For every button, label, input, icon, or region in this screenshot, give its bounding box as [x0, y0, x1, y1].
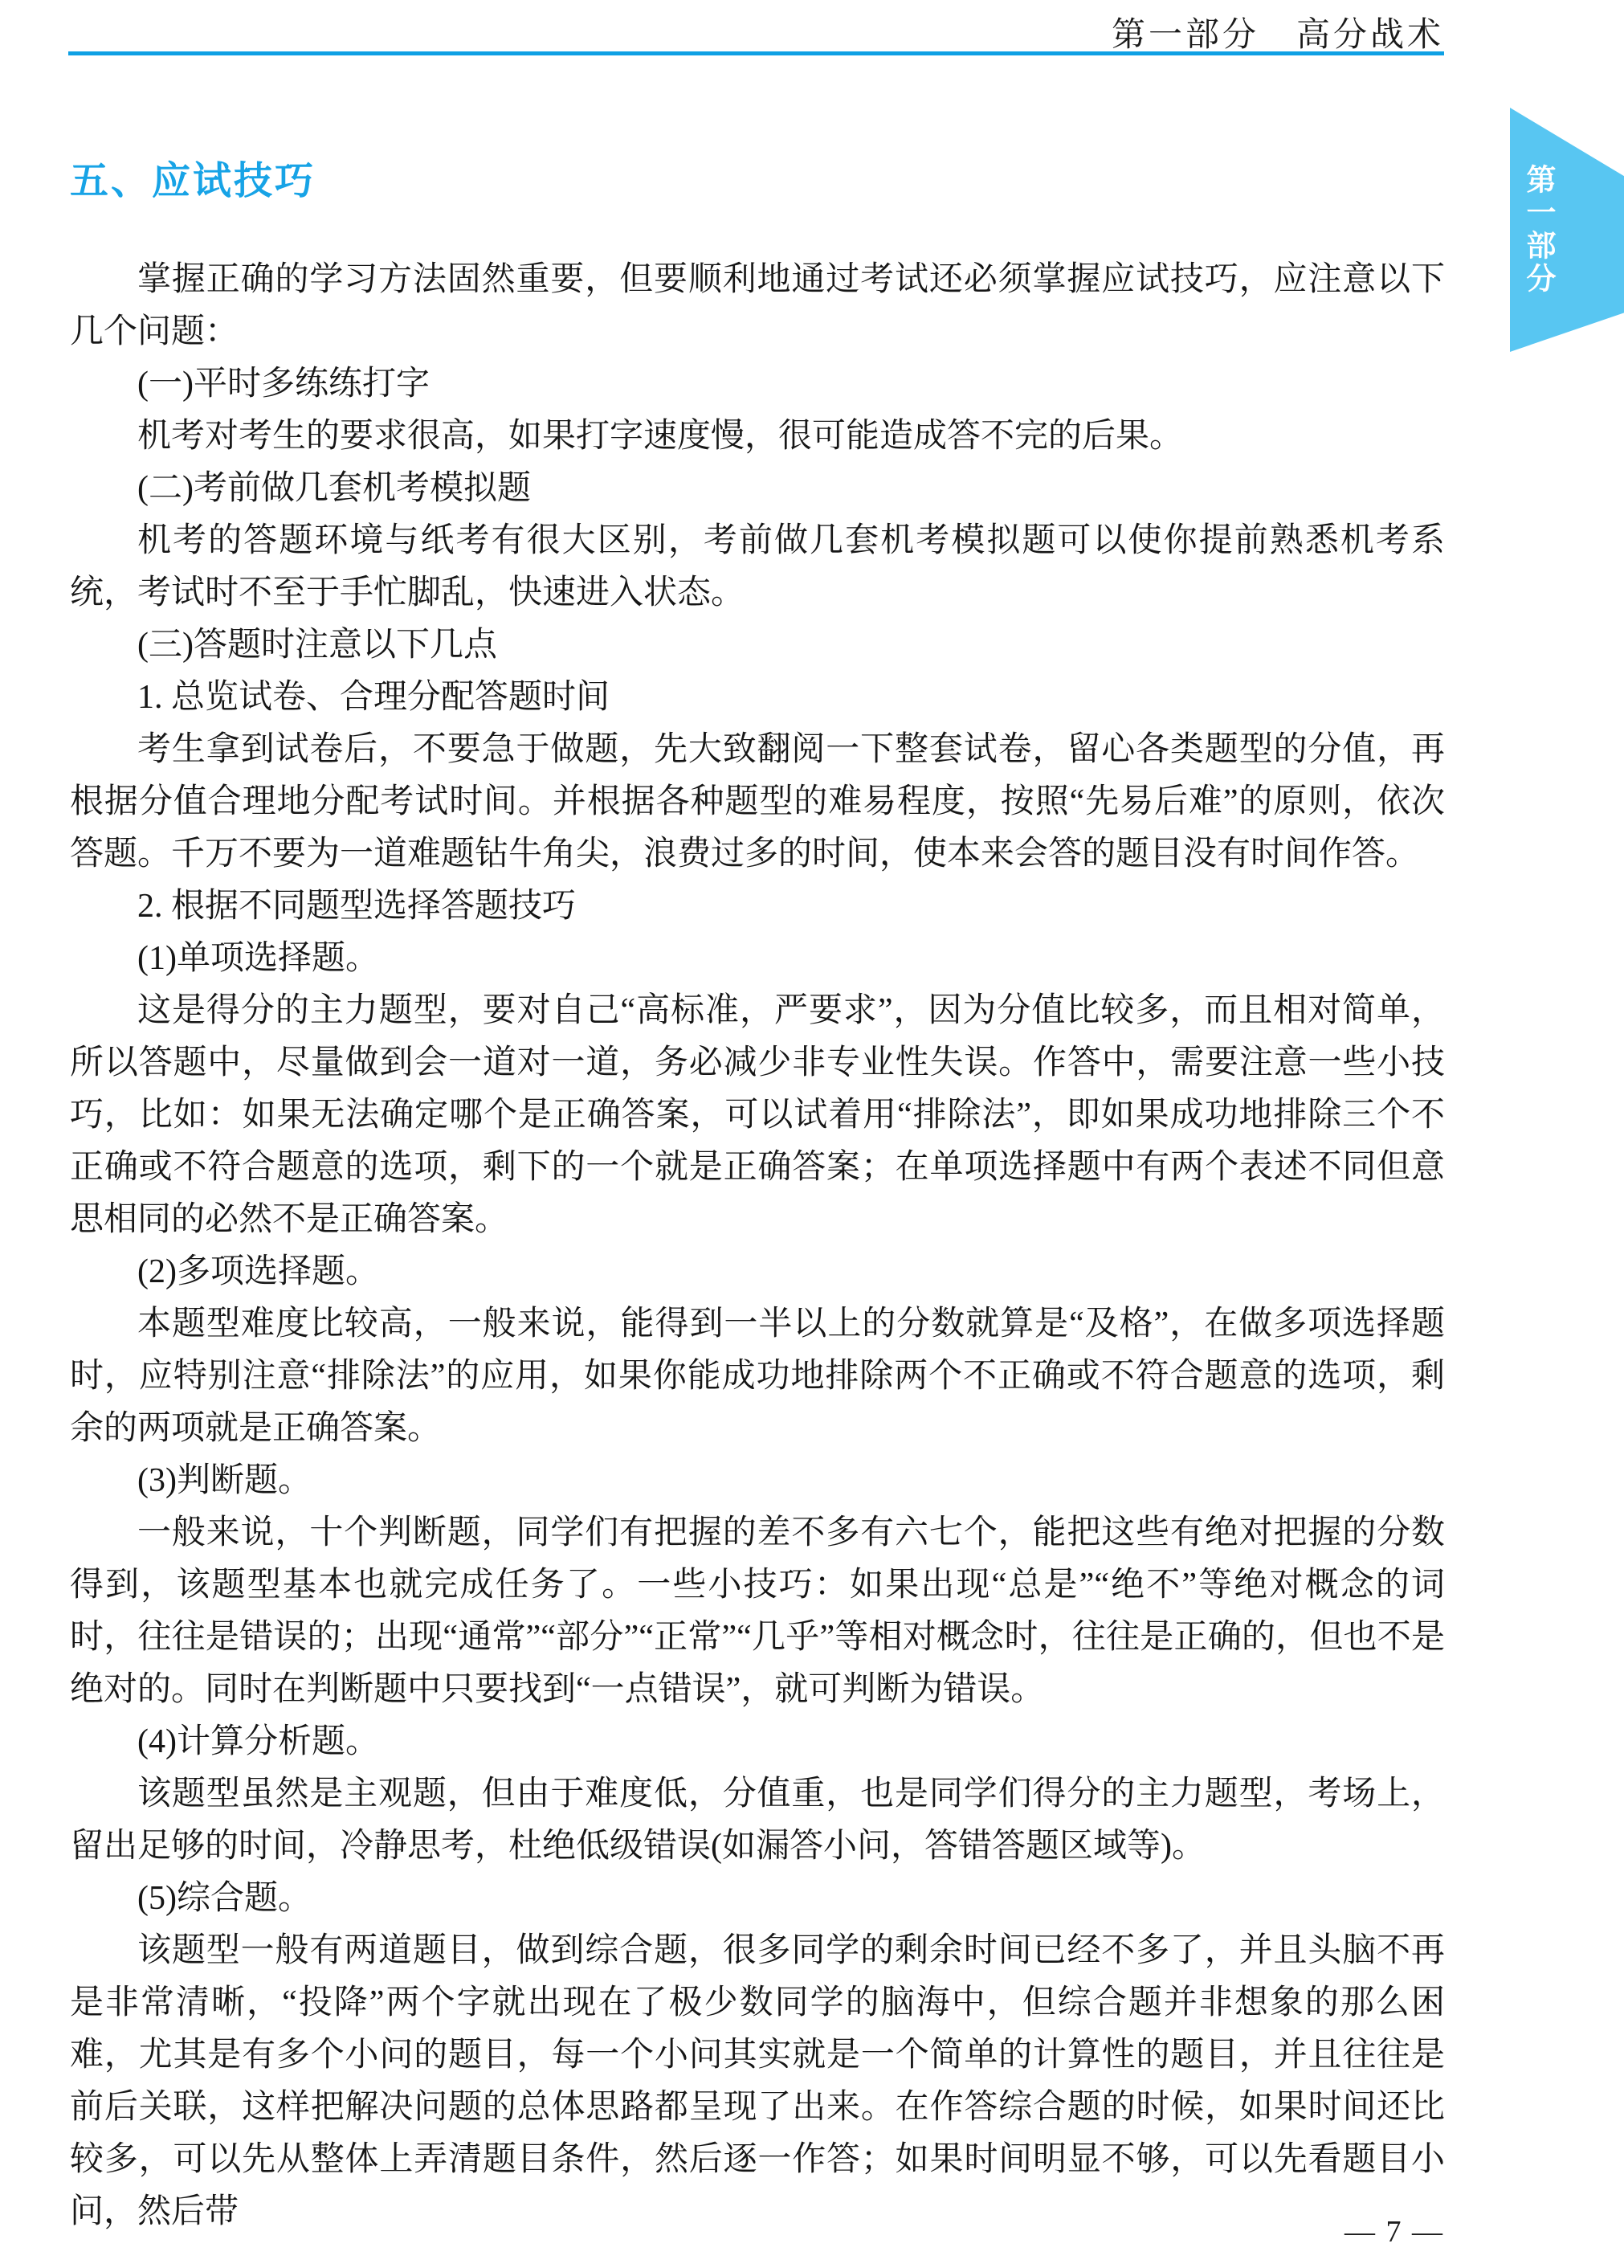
paragraph-multi-choice: 本题型难度比较高，一般来说，能得到一半以上的分数就算是“及格”，在做多项选择题时…	[70, 1298, 1445, 1455]
heading-calculation: (4)计算分析题。	[70, 1716, 1445, 1768]
paragraph-calculation: 该题型虽然是主观题，但由于难度低，分值重，也是同学们得分的主力题型，考场上，留出…	[70, 1768, 1445, 1873]
heading-answer-points: (三)答题时注意以下几点	[70, 619, 1445, 672]
paragraph-intro: 掌握正确的学习方法固然重要，但要顺利地通过考试还必须掌握应试技巧，应注意以下几个…	[70, 254, 1445, 358]
part-tab: 第一部分	[1510, 108, 1624, 352]
page-number: — 7 —	[1344, 2214, 1444, 2250]
heading-typing: (一)平时多练练打字	[70, 358, 1445, 411]
heading-comprehensive: (5)综合题。	[70, 1873, 1445, 1925]
running-header: 第一部分 高分战术	[1112, 8, 1444, 56]
paragraph-mock-exam: 机考的答题环境与纸考有很大区别，考前做几套机考模拟题可以使你提前熟悉机考系统，考…	[70, 515, 1445, 619]
heading-single-choice: (1)单项选择题。	[70, 933, 1445, 985]
heading-question-types: 2. 根据不同题型选择答题技巧	[70, 881, 1445, 933]
paragraph-typing: 机考对考生的要求很高，如果打字速度慢，很可能造成答不完的后果。	[70, 411, 1445, 463]
paragraph-single-choice: 这是得分的主力题型，要对自己“高标准，严要求”，因为分值比较多，而且相对简单，所…	[70, 985, 1445, 1246]
paragraph-comprehensive: 该题型一般有两道题目，做到综合题，很多同学的剩余时间已经不多了，并且头脑不再是非…	[70, 1925, 1445, 2238]
section-title: 五、应试技巧	[70, 149, 316, 205]
paragraph-time-allocation: 考生拿到试卷后，不要急于做题，先大致翻阅一下整套试卷，留心各类题型的分值，再根据…	[70, 724, 1445, 881]
heading-mock-exam: (二)考前做几套机考模拟题	[70, 463, 1445, 515]
heading-true-false: (3)判断题。	[70, 1455, 1445, 1507]
paragraph-true-false: 一般来说，十个判断题，同学们有把握的差不多有六七个，能把这些有绝对把握的分数得到…	[70, 1507, 1445, 1716]
book-page: 第一部分 高分战术 第一部分 五、应试技巧 掌握正确的学习方法固然重要，但要顺利…	[0, 0, 1624, 2268]
heading-multi-choice: (2)多项选择题。	[70, 1246, 1445, 1298]
part-tab-label: 第一部分	[1524, 164, 1553, 296]
heading-time-allocation: 1. 总览试卷、合理分配答题时间	[70, 672, 1445, 724]
header-rule	[68, 51, 1444, 55]
body-text: 掌握正确的学习方法固然重要，但要顺利地通过考试还必须掌握应试技巧，应注意以下几个…	[70, 254, 1445, 2238]
